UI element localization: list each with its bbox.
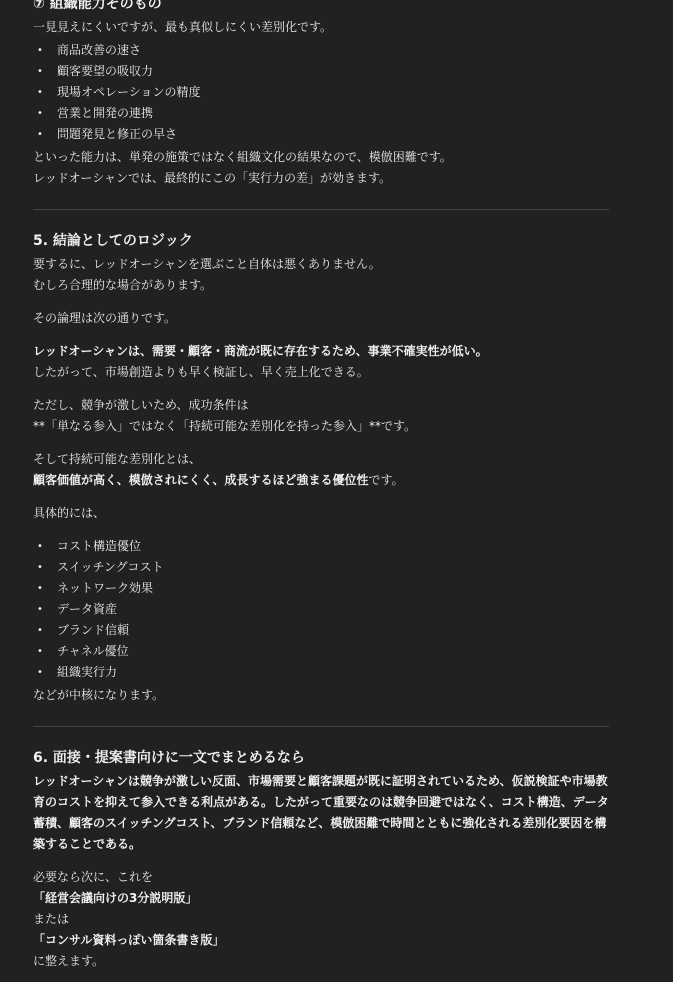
list-item: •現場オペレーションの精度 bbox=[33, 82, 609, 103]
chat-response-content: ⑦ 組織能力そのもの 一見見えにくいですが、最も真似しにくい差別化です。 •商品… bbox=[33, 0, 609, 972]
list-item: •問題発見と修正の早さ bbox=[33, 124, 609, 145]
paragraph-conclusion-intro: 要するに、レッドオーシャンを選ぶこと自体は悪くありません。 むしろ合理的な場合が… bbox=[33, 254, 609, 296]
list-item: •チャネル優位 bbox=[33, 641, 609, 662]
bullet-icon: • bbox=[37, 599, 43, 620]
paragraph-logic-lead: その論理は次の通りです。 bbox=[33, 308, 609, 329]
paragraph-low-uncertainty: レッドオーシャンは、需要・顧客・商流が既に存在するため、事業不確実性が低い。 し… bbox=[33, 341, 609, 383]
bullet-icon: • bbox=[37, 641, 43, 662]
paragraph-sustainable-differentiation: そして持続可能な差別化とは、 顧客価値が高く、模倣されにくく、成長するほど強まる… bbox=[33, 449, 609, 491]
bullet-icon: • bbox=[37, 82, 43, 103]
paragraph-org-outro: といった能力は、単発の施策ではなく組織文化の結果なので、模倣困難です。 レッドオ… bbox=[33, 147, 609, 189]
option-exec-meeting-version: 「経営会議向けの3分説明版」 bbox=[33, 891, 197, 905]
bullet-icon: • bbox=[37, 536, 43, 557]
paragraph-core-outro: などが中核になります。 bbox=[33, 685, 609, 706]
bullet-icon: • bbox=[37, 40, 43, 61]
list-item: •商品改善の速さ bbox=[33, 40, 609, 61]
list-item: •顧客要望の吸収力 bbox=[33, 61, 609, 82]
paragraph-summary-bold: レッドオーシャンは競争が激しい反面、市場需要と顧客課題が既に証明されているため、… bbox=[33, 771, 609, 855]
list-item: •営業と開発の連携 bbox=[33, 103, 609, 124]
bullet-icon: • bbox=[37, 620, 43, 641]
paragraph-org-intro: 一見見えにくいですが、最も真似しにくい差別化です。 bbox=[33, 17, 609, 38]
paragraph-next-offer: 必要なら次に、これを 「経営会議向けの3分説明版」 または 「コンサル資料っぽい… bbox=[33, 867, 609, 972]
list-item: •ブランド信頼 bbox=[33, 620, 609, 641]
bullet-icon: • bbox=[37, 103, 43, 124]
list-item: •組織実行力 bbox=[33, 662, 609, 683]
section-heading-one-sentence-summary: 6. 面接・提案書向けに一文でまとめるなら bbox=[33, 747, 609, 769]
bullet-icon: • bbox=[37, 557, 43, 578]
bullet-icon: • bbox=[37, 578, 43, 599]
list-item: •ネットワーク効果 bbox=[33, 578, 609, 599]
bullet-list-org-capabilities: •商品改善の速さ •顧客要望の吸収力 •現場オペレーションの精度 •営業と開発の… bbox=[33, 40, 609, 145]
option-consulting-bullets-version: 「コンサル資料っぽい箇条書き版」 bbox=[33, 933, 224, 947]
list-item: •データ資産 bbox=[33, 599, 609, 620]
bullet-icon: • bbox=[37, 662, 43, 683]
list-item: •コスト構造優位 bbox=[33, 536, 609, 557]
section-heading-org-capability: ⑦ 組織能力そのもの bbox=[33, 0, 609, 15]
bullet-list-differentiators: •コスト構造優位 •スイッチングコスト •ネットワーク効果 •データ資産 •ブラ… bbox=[33, 536, 609, 683]
paragraph-success-condition: ただし、競争が激しいため、成功条件は **「単なる参入」ではなく「持続可能な差別… bbox=[33, 395, 609, 437]
paragraph-specifically: 具体的には、 bbox=[33, 503, 609, 524]
section-heading-conclusion-logic: 5. 結論としてのロジック bbox=[33, 230, 609, 252]
list-item: •スイッチングコスト bbox=[33, 557, 609, 578]
bullet-icon: • bbox=[37, 61, 43, 82]
bullet-icon: • bbox=[37, 124, 43, 145]
